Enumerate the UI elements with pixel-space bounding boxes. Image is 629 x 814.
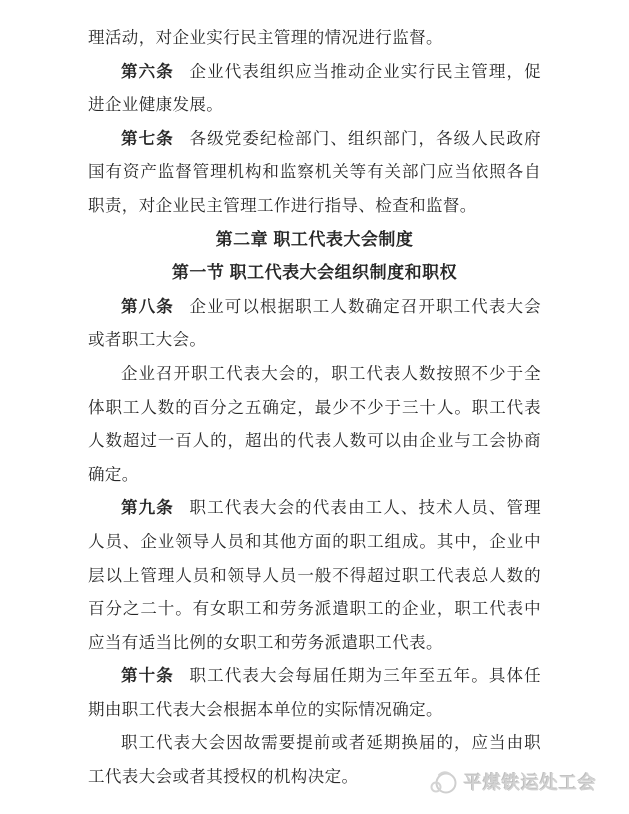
article-6-number: 第六条 xyxy=(121,62,190,81)
watermark-text: 平煤铁运处工会 xyxy=(464,769,597,795)
article-6-paragraph: 第六条企业代表组织应当推动企业实行民主管理，促进企业健康发展。 xyxy=(88,55,541,122)
article-9-number: 第九条 xyxy=(121,498,190,517)
chapter-heading: 第二章 职工代表大会制度 xyxy=(88,223,541,257)
article-10-number: 第十条 xyxy=(121,666,190,685)
article-9-paragraph: 第九条职工代表大会的代表由工人、技术人员、管理人员、企业领导人员和其他方面的职工… xyxy=(88,491,541,659)
watermark: 平煤铁运处工会 xyxy=(427,766,597,798)
union-logo-icon xyxy=(427,766,459,798)
document-body: 理活动，对企业实行民主管理的情况进行监督。 第六条企业代表组织应当推动企业实行民… xyxy=(88,21,541,794)
article-8-number: 第八条 xyxy=(121,297,190,316)
article-8-paragraph: 第八条企业可以根据职工人数确定召开职工代表大会或者职工大会。 xyxy=(88,290,541,357)
paragraph-text: 理活动，对企业实行民主管理的情况进行监督。 xyxy=(88,28,443,47)
article-9-text: 职工代表大会的代表由工人、技术人员、管理人员、企业领导人员和其他方面的职工组成。… xyxy=(88,498,541,651)
document-page: 理活动，对企业实行民主管理的情况进行监督。 第六条企业代表组织应当推动企业实行民… xyxy=(0,0,629,814)
article-10-paragraph: 第十条职工代表大会每届任期为三年至五年。具体任期由职工代表大会根据本单位的实际情… xyxy=(88,659,541,726)
paragraph-text: 企业召开职工代表大会的，职工代表人数按照不少于全体职工人数的百分之五确定，最少不… xyxy=(88,364,541,484)
article-8-subparagraph: 企业召开职工代表大会的，职工代表人数按照不少于全体职工人数的百分之五确定，最少不… xyxy=(88,357,541,491)
article-7-paragraph: 第七条各级党委纪检部门、组织部门，各级人民政府国有资产监督管理机构和监察机关等有… xyxy=(88,122,541,223)
section-heading: 第一节 职工代表大会组织制度和职权 xyxy=(88,256,541,290)
paragraph-continuation: 理活动，对企业实行民主管理的情况进行监督。 xyxy=(88,21,541,55)
article-7-number: 第七条 xyxy=(121,129,190,148)
